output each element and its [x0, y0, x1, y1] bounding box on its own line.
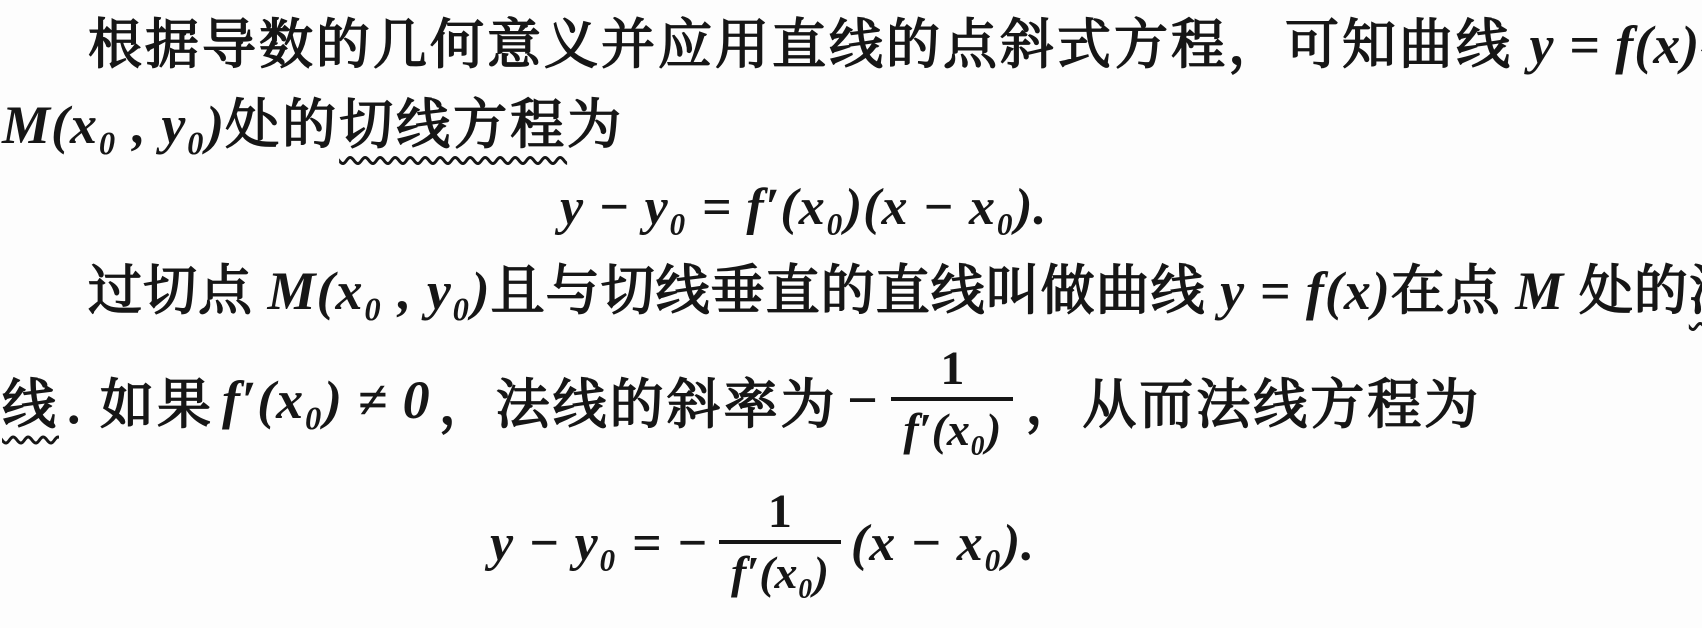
text-run: 为: [567, 95, 624, 155]
text-run: 根据导数的几何意义并应用直线的点斜式方程，可知曲线: [88, 15, 1530, 75]
minus-sign: −: [846, 369, 880, 431]
inline-math-derivative-nonzero: f′(x₀) ≠ 0: [222, 369, 431, 431]
paragraph2-line2: 线. 如果 f′(x₀) ≠ 0，法线的斜率为−1f′(x₀)，从而法线方程为: [2, 330, 1481, 470]
text-run: . 如果: [67, 362, 214, 439]
text-run: ，法线的斜率为: [439, 362, 838, 439]
text-run: 处的: [1564, 261, 1689, 321]
wavy-underlined-term: 切线方程: [339, 95, 567, 155]
textbook-page: 根据导数的几何意义并应用直线的点斜式方程，可知曲线 y = f(x)在点 M(x…: [0, 0, 1702, 628]
fraction-denominator: f′(x₀): [719, 540, 841, 599]
text-run: 过切点: [88, 261, 268, 321]
display-equation-tangent: y − y₀ = f′(x₀)(x − x₀).: [560, 178, 1047, 237]
paragraph1-line1: 根据导数的几何意义并应用直线的点斜式方程，可知曲线 y = f(x)在点: [88, 12, 1702, 80]
paragraph1-line2: M(x₀ , y₀)处的切线方程为: [2, 92, 624, 160]
paragraph2-line1: 过切点 M(x₀ , y₀)且与切线垂直的直线叫做曲线 y = f(x)在点 M…: [88, 258, 1702, 326]
wavy-underlined-char: 线: [2, 362, 59, 439]
inline-math-point-M: M(x₀ , y₀): [268, 261, 491, 321]
wavy-underlined-char: 法: [1689, 261, 1702, 321]
equation-lhs: y − y₀ = −: [490, 514, 709, 573]
inline-math-M: M: [1515, 261, 1564, 321]
text-run: 处的: [225, 95, 339, 155]
text-run: 在点: [1391, 261, 1516, 321]
equation-text: y − y₀ = f′(x₀)(x − x₀).: [560, 179, 1047, 236]
fraction-inline: 1f′(x₀): [891, 344, 1013, 456]
inline-math-y-fx: y = f(x): [1220, 261, 1391, 321]
fraction-numerator: 1: [758, 487, 802, 540]
fraction-display: 1f′(x₀): [719, 487, 841, 599]
display-equation-normal: y − y₀ = −1f′(x₀)(x − x₀).: [490, 468, 1035, 618]
fraction-denominator: f′(x₀): [891, 397, 1013, 456]
fraction-numerator: 1: [930, 344, 974, 397]
inline-math-point-M: M(x₀ , y₀): [2, 95, 225, 155]
text-run: 且与切线垂直的直线叫做曲线: [491, 261, 1221, 321]
text-run: ，从而法线方程为: [1025, 362, 1481, 439]
inline-math-y-fx: y = f(x): [1530, 15, 1701, 75]
equation-rhs: (x − x₀).: [851, 514, 1035, 573]
